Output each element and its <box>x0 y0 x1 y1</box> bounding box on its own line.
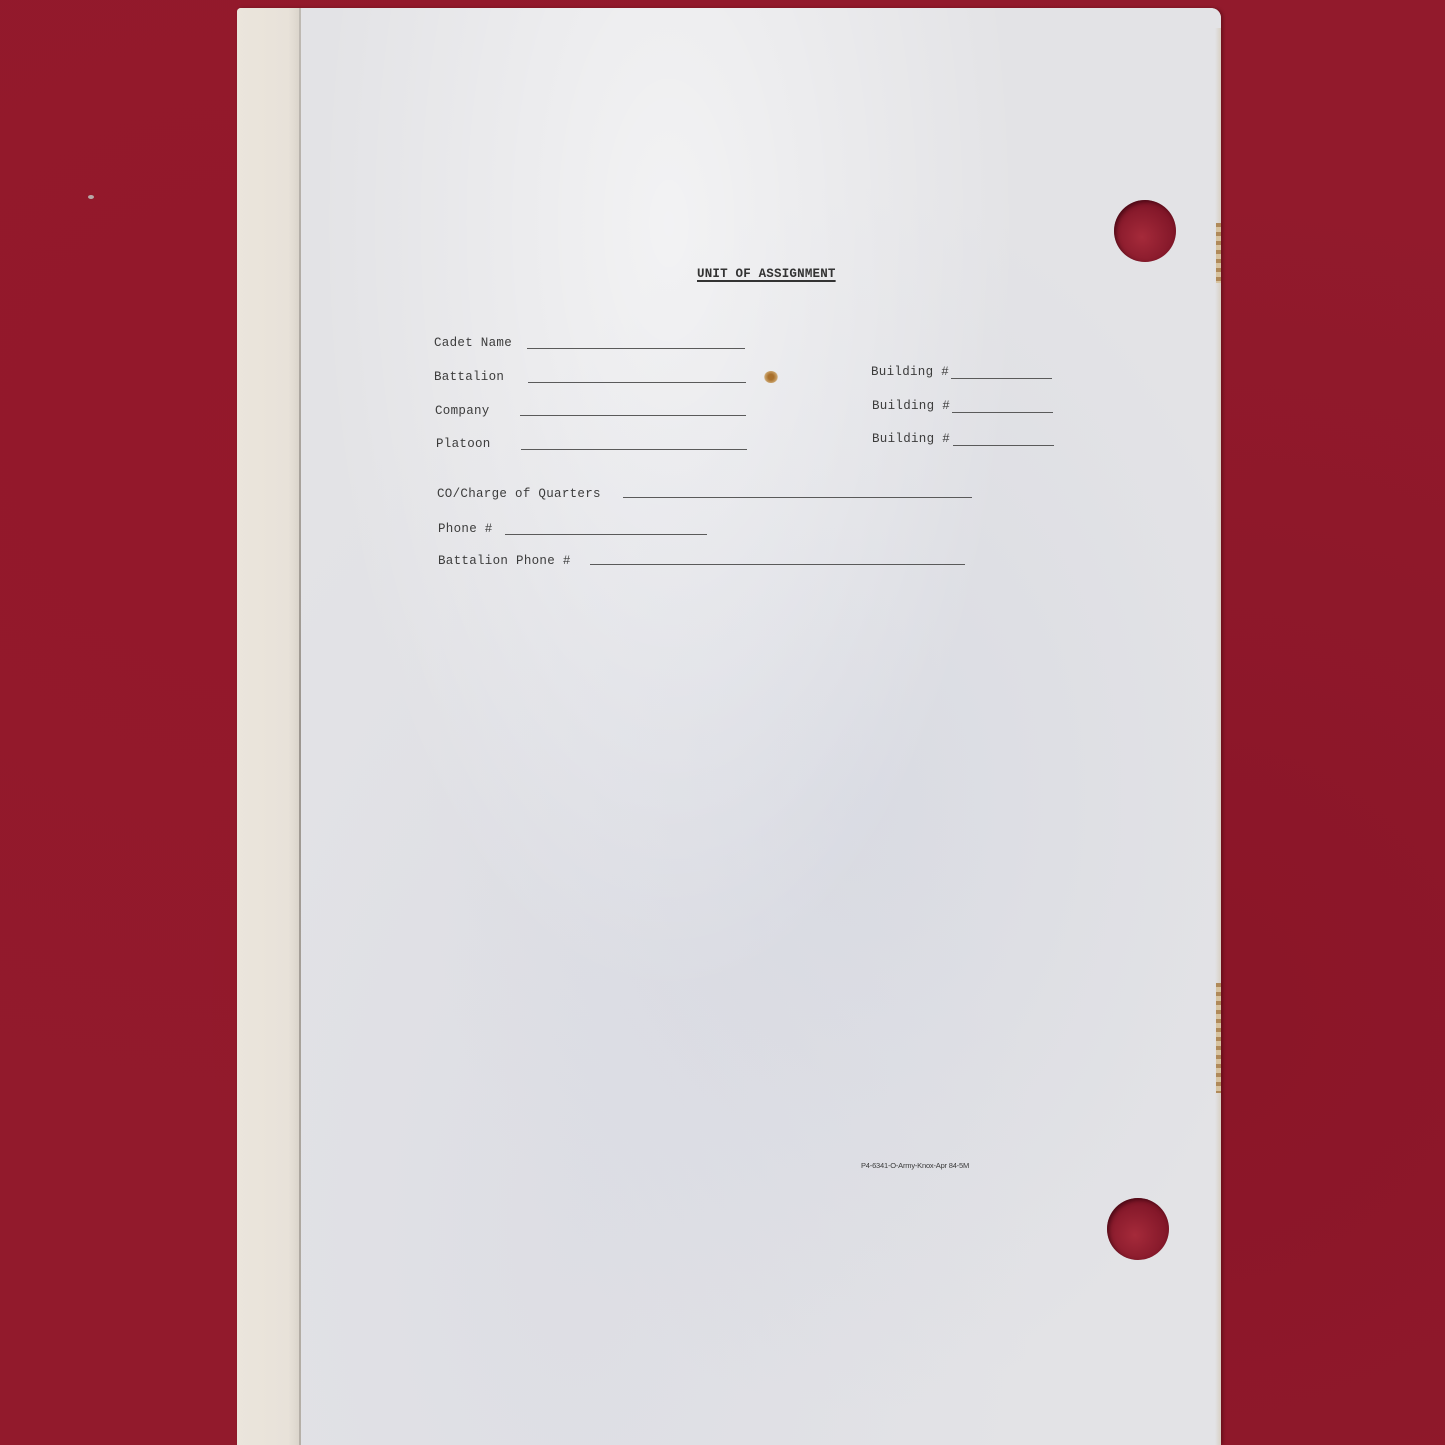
building-2-field[interactable] <box>952 412 1053 413</box>
punch-hole-bottom <box>1107 1198 1169 1260</box>
building-1-field[interactable] <box>951 378 1052 379</box>
edge-wear-mark <box>1216 223 1221 283</box>
cadet-name-field[interactable] <box>527 348 745 349</box>
phone-label: Phone # <box>438 522 493 536</box>
form-title: UNIT OF ASSIGNMENT <box>697 267 836 281</box>
company-label: Company <box>435 404 490 418</box>
building-2-label: Building # <box>872 399 950 413</box>
battalion-phone-field[interactable] <box>590 564 965 565</box>
stain-mark <box>764 371 778 383</box>
edge-wear-mark <box>1216 983 1221 1093</box>
battalion-field[interactable] <box>528 382 746 383</box>
building-3-label: Building # <box>872 432 950 446</box>
charge-of-quarters-label: CO/Charge of Quarters <box>437 487 601 501</box>
phone-field[interactable] <box>505 534 707 535</box>
battalion-phone-label: Battalion Phone # <box>438 554 571 568</box>
charge-of-quarters-field[interactable] <box>623 497 972 498</box>
booklet-spine <box>237 8 301 1445</box>
background-speck <box>88 195 94 199</box>
platoon-field[interactable] <box>521 449 747 450</box>
battalion-label: Battalion <box>434 370 504 384</box>
cadet-name-label: Cadet Name <box>434 336 512 350</box>
building-3-field[interactable] <box>953 445 1054 446</box>
platoon-label: Platoon <box>436 437 491 451</box>
company-field[interactable] <box>520 415 746 416</box>
punch-hole-top <box>1114 200 1176 262</box>
building-1-label: Building # <box>871 365 949 379</box>
print-code: P4-6341-O-Army-Knox-Apr 84-5M <box>861 1161 969 1170</box>
booklet-back-cover: UNIT OF ASSIGNMENT Cadet Name Battalion … <box>237 8 1221 1445</box>
form-page: UNIT OF ASSIGNMENT Cadet Name Battalion … <box>301 8 1221 1445</box>
